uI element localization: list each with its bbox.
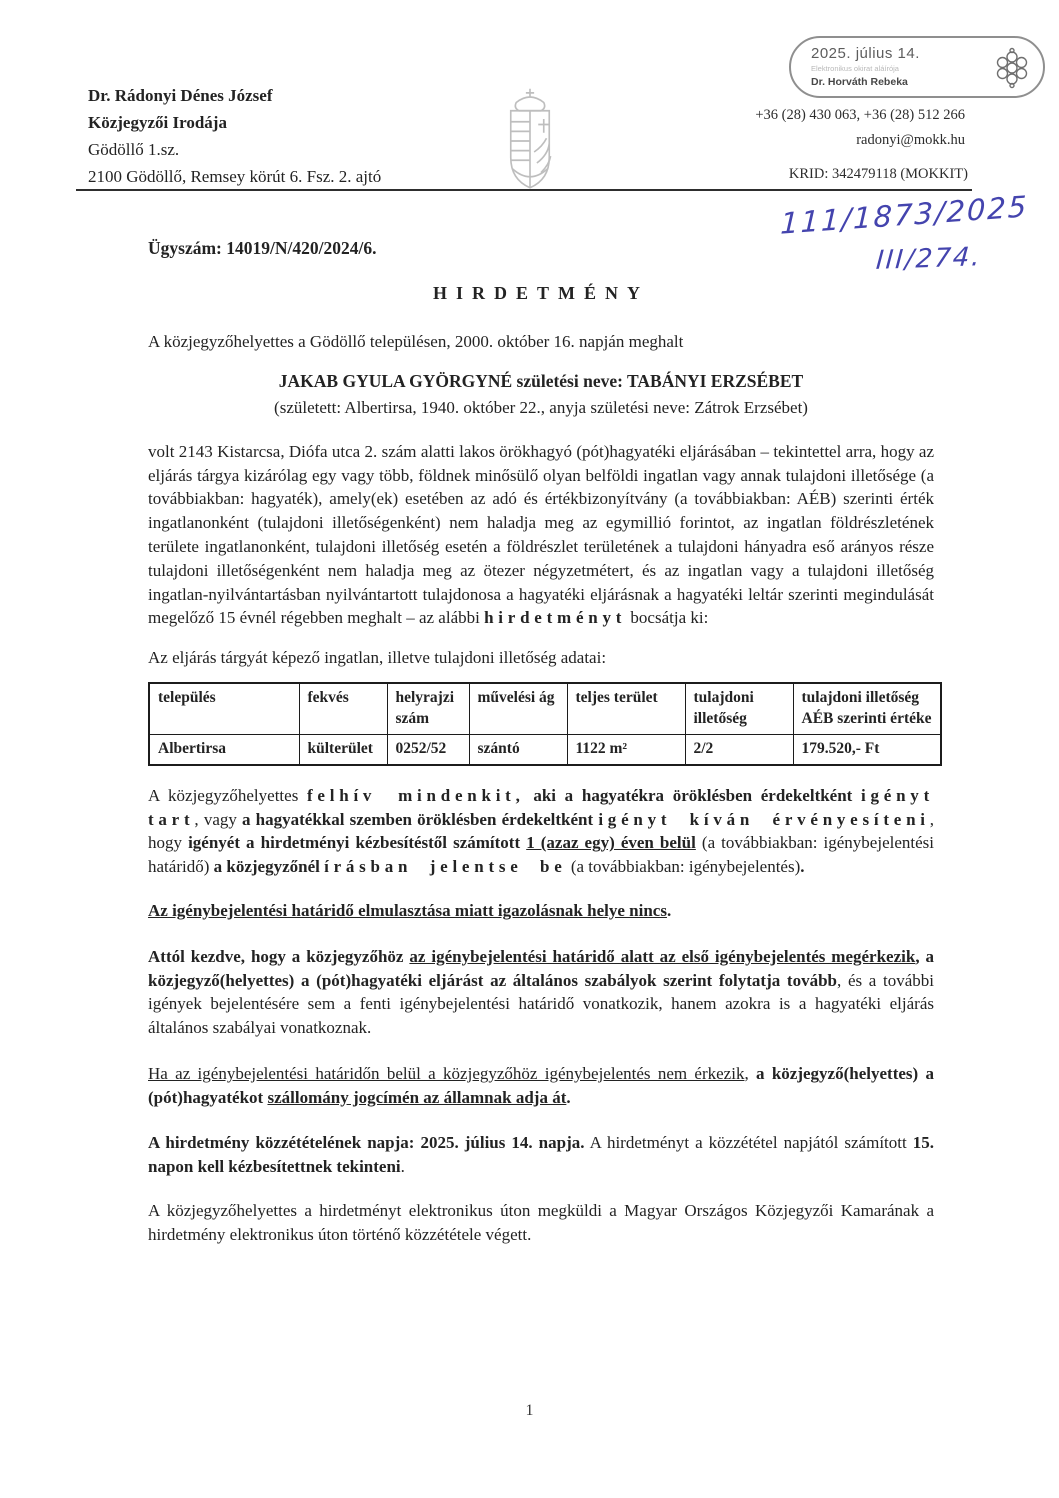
column-header-fekves: fekvés: [299, 683, 387, 734]
cell-aeb-ertek: 179.520,- Ft: [793, 734, 941, 764]
claims-seg: igényét a hirdetményi kézbesítéstől szám…: [188, 833, 526, 852]
property-table: település fekvés helyrajzi szám művelési…: [148, 682, 942, 766]
escheat-seg: szállomány jogcímén az államnak adja át: [267, 1088, 566, 1107]
escheat-seg: .: [566, 1088, 570, 1107]
page-number: 1: [0, 1402, 1059, 1420]
cell-fekves: külterület: [299, 734, 387, 764]
claims-seg: a hagyatékkal szemben öröklésben érdekel…: [242, 810, 598, 829]
table-intro: Az eljárás tárgyát képező ingatlan, ille…: [148, 646, 934, 670]
claims-seg: A közjegyzőhelyettes: [148, 786, 307, 805]
claims-seg: írásban jelentse be: [324, 857, 567, 876]
continuation-seg: Attól kezdve, hogy a közjegyzőhöz: [148, 947, 409, 966]
column-header-tulajdoni-illetoseg: tulajdoni illetőség: [685, 683, 793, 734]
cell-helyrajzi-szam: 0252/52: [387, 734, 469, 764]
cell-tulajdoni-illetoseg: 2/2: [685, 734, 793, 764]
table-header-row: település fekvés helyrajzi szám művelési…: [149, 683, 941, 734]
claims-seg: aki a hagyatékra öröklésben érdekeltként: [525, 786, 861, 805]
deceased-birth-data: (született: Albertirsa, 1940. október 22…: [148, 396, 934, 420]
stamp-date: 2025. július 14.: [811, 45, 989, 62]
main-paragraph-emphasis: hirdetményt: [484, 608, 626, 627]
deceased-name: JAKAB GYULA GYÖRGYNÉ születési neve: TAB…: [148, 369, 934, 394]
office-name: Közjegyzői Irodája: [88, 109, 381, 136]
main-paragraph-text: volt 2143 Kistarcsa, Diófa utca 2. szám …: [148, 442, 934, 628]
continuation-seg: az igénybejelentési határidő alatt az el…: [409, 947, 915, 966]
claims-seg: , vagy: [194, 810, 242, 829]
escheat-seg: ,: [744, 1064, 756, 1083]
publication-seg: A hirdetményt a közzététel napjától szám…: [584, 1133, 912, 1152]
stamp-signer-name: Dr. Horváth Rebeka: [811, 76, 989, 88]
publication-paragraph: A hirdetmény közzétételének napja: 2025.…: [148, 1131, 934, 1179]
mokk-rosette-icon: [988, 44, 1036, 92]
office-address: 2100 Gödöllő, Remsey körút 6. Fsz. 2. aj…: [88, 163, 381, 190]
claims-seg: a közjegyzőnél: [214, 857, 324, 876]
intro-paragraph: A közjegyzőhelyettes a Gödöllő település…: [148, 330, 934, 354]
notary-name: Dr. Rádonyi Dénes József: [88, 82, 381, 109]
table-row: Albertirsa külterület 0252/52 szántó 112…: [149, 734, 941, 764]
main-paragraph-tail: bocsátja ki:: [626, 608, 708, 627]
document-body: Ügyszám: 14019/N/420/2024/6. HIRDETMÉNY …: [148, 236, 934, 1247]
cell-muvelesi-ag: szántó: [469, 734, 567, 764]
column-header-teljes-terulet: teljes terület: [567, 683, 685, 734]
e-signature-stamp: 2025. július 14. Elektronikus okirat alá…: [789, 36, 1045, 98]
closing-paragraph: A közjegyzőhelyettes a hirdetményt elekt…: [148, 1199, 934, 1247]
escheat-seg: Ha az igénybejelentési határidőn belül a…: [148, 1064, 744, 1083]
publication-seg: A hirdetmény közzétételének napja: 2025.…: [148, 1133, 584, 1152]
stamp-subtitle: Elektronikus okirat aláírója: [811, 64, 989, 73]
claims-seg: igényt kíván érvényesíteni: [598, 810, 929, 829]
column-header-muvelesi-ag: művelési ág: [469, 683, 567, 734]
column-header-telepules: település: [149, 683, 299, 734]
krid-number: KRID: 342479118 (MOKKIT): [640, 166, 968, 183]
claims-seg: .: [800, 857, 804, 876]
document-title: HIRDETMÉNY: [148, 281, 934, 306]
column-header-helyrajzi-szam: helyrajzi szám: [387, 683, 469, 734]
publication-seg: .: [401, 1157, 405, 1176]
office-seat: Gödöllő 1.sz.: [88, 136, 381, 163]
continuation-paragraph: Attól kezdve, hogy a közjegyzőhöz az igé…: [148, 945, 934, 1040]
scanned-notarial-announcement: Dr. Rádonyi Dénes József Közjegyzői Irod…: [0, 0, 1059, 1498]
deadline-warning: Az igénybejelentési határidő elmulasztás…: [148, 899, 934, 923]
claims-seg: felhív mindenkit,: [307, 786, 525, 805]
case-number: Ügyszám: 14019/N/420/2024/6.: [148, 236, 934, 261]
claims-seg: 1 (azaz egy) éven belül: [526, 833, 696, 852]
header-divider-rule: [76, 189, 972, 191]
deadline-warning-period: .: [667, 901, 671, 920]
column-header-aeb-ertek: tulajdoni illetőség AÉB szerinti értéke: [793, 683, 941, 734]
claims-paragraph: A közjegyzőhelyettes felhív mindenkit, a…: [148, 784, 934, 879]
contact-block: +36 (28) 430 063, +36 (28) 512 266 radon…: [640, 103, 965, 153]
escheat-paragraph: Ha az igénybejelentési határidőn belül a…: [148, 1062, 934, 1110]
handwritten-file-number: 111/1873/2025: [780, 189, 1029, 241]
main-paragraph: volt 2143 Kistarcsa, Diófa utca 2. szám …: [148, 440, 934, 630]
cell-telepules: Albertirsa: [149, 734, 299, 764]
deadline-warning-text: Az igénybejelentési határidő elmulasztás…: [148, 901, 667, 920]
claims-seg: (a továbbiakban: igénybejelentés): [567, 857, 801, 876]
email-address: radonyi@mokk.hu: [640, 128, 965, 153]
coat-of-arms-icon: [486, 86, 574, 196]
cell-teljes-terulet: 1122 m²: [567, 734, 685, 764]
phone-numbers: +36 (28) 430 063, +36 (28) 512 266: [640, 103, 965, 128]
letterhead: Dr. Rádonyi Dénes József Közjegyzői Irod…: [88, 82, 381, 190]
